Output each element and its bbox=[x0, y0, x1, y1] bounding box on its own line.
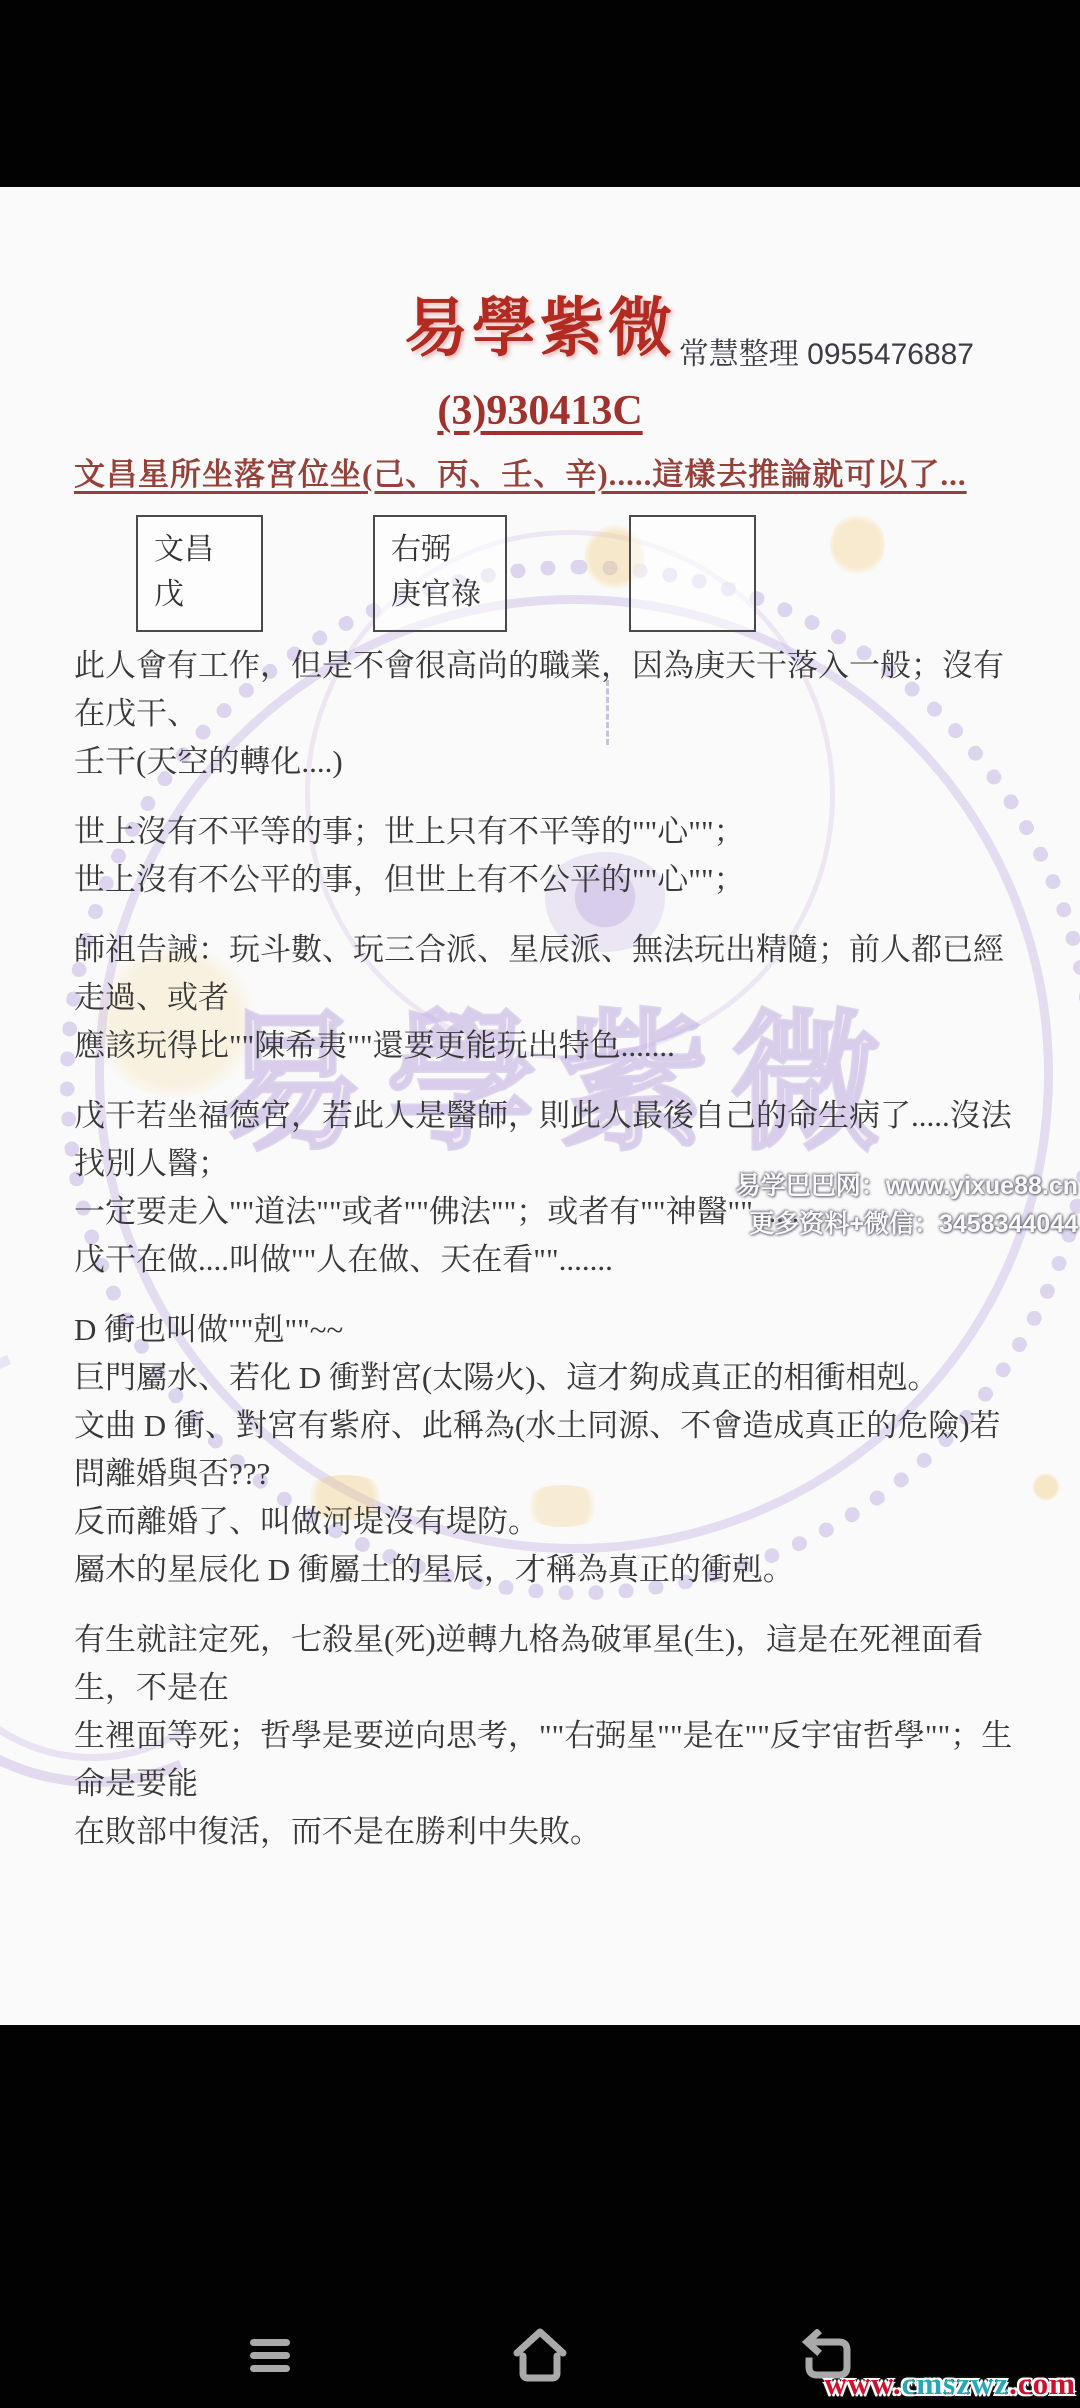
star-box-empty bbox=[629, 515, 756, 632]
byline: 常慧整理 0955476887 bbox=[679, 329, 974, 373]
site-watermark-line1: 易学巴巴网：www.yixue88.cn bbox=[736, 1167, 1078, 1205]
corner-url-suffix: .com bbox=[1009, 2366, 1076, 2401]
paragraph: 世上沒有不平等的事；世上只有不平等的""心""；世上沒有不公平的事，但世上有不公… bbox=[74, 808, 1014, 904]
home-button[interactable] bbox=[485, 2300, 595, 2408]
corner-url-watermark: www.cmszwz.com bbox=[824, 2366, 1076, 2402]
corner-url-middle: cmszwz bbox=[902, 2366, 1010, 2401]
section-heading: 文昌星所坐落宮位坐(己、丙、壬、辛).....這樣去推論就可以了... bbox=[74, 449, 967, 494]
paragraph: D 衝也叫做""剋""~~巨門屬水、若化 D 衝對宮(太陽火)、這才夠成真正的相… bbox=[74, 1306, 1014, 1594]
menu-icon bbox=[246, 2333, 294, 2377]
paragraph: 有生就註定死，七殺星(死)逆轉九格為破軍星(生)，這是在死裡面看生，不是在生裡面… bbox=[74, 1616, 1014, 1856]
paragraph: 師祖告誡：玩斗數、玩三合派、星辰派、無法玩出精隨；前人都已經走過、或者應該玩得比… bbox=[74, 926, 1014, 1070]
phone-screen: 易學紫微 易學紫微 常慧整理 0955476887 (3)930413C 文昌星… bbox=[0, 0, 1080, 2408]
corner-url-prefix: www. bbox=[824, 2366, 901, 2401]
site-watermark-line2: 更多资料+微信：3458344044 bbox=[736, 1205, 1078, 1243]
document-page[interactable]: 易學紫微 易學紫微 常慧整理 0955476887 (3)930413C 文昌星… bbox=[0, 187, 1080, 2025]
site-watermark: 易学巴巴网：www.yixue88.cn 更多资料+微信：3458344044 bbox=[736, 1167, 1078, 1243]
home-icon bbox=[509, 2326, 571, 2384]
document-content: 易學紫微 常慧整理 0955476887 (3)930413C 文昌星所坐落宮位… bbox=[0, 187, 1080, 2025]
star-box-wenchang: 文昌戊 bbox=[136, 515, 263, 632]
doc-code-text: (3)930413C bbox=[437, 388, 642, 434]
paragraph: 此人會有工作，但是不會很高尚的職業，因為庚天干落入一般；沒有在戊干、壬干(天空的… bbox=[74, 642, 1014, 786]
doc-code: (3)930413C bbox=[0, 387, 1080, 435]
status-bar bbox=[0, 0, 1080, 187]
star-box-youbi: 右弼庚官祿 bbox=[373, 515, 507, 632]
body-text: 此人會有工作，但是不會很高尚的職業，因為庚天干落入一般；沒有在戊干、壬干(天空的… bbox=[74, 642, 1014, 1878]
menu-button[interactable] bbox=[215, 2300, 325, 2408]
